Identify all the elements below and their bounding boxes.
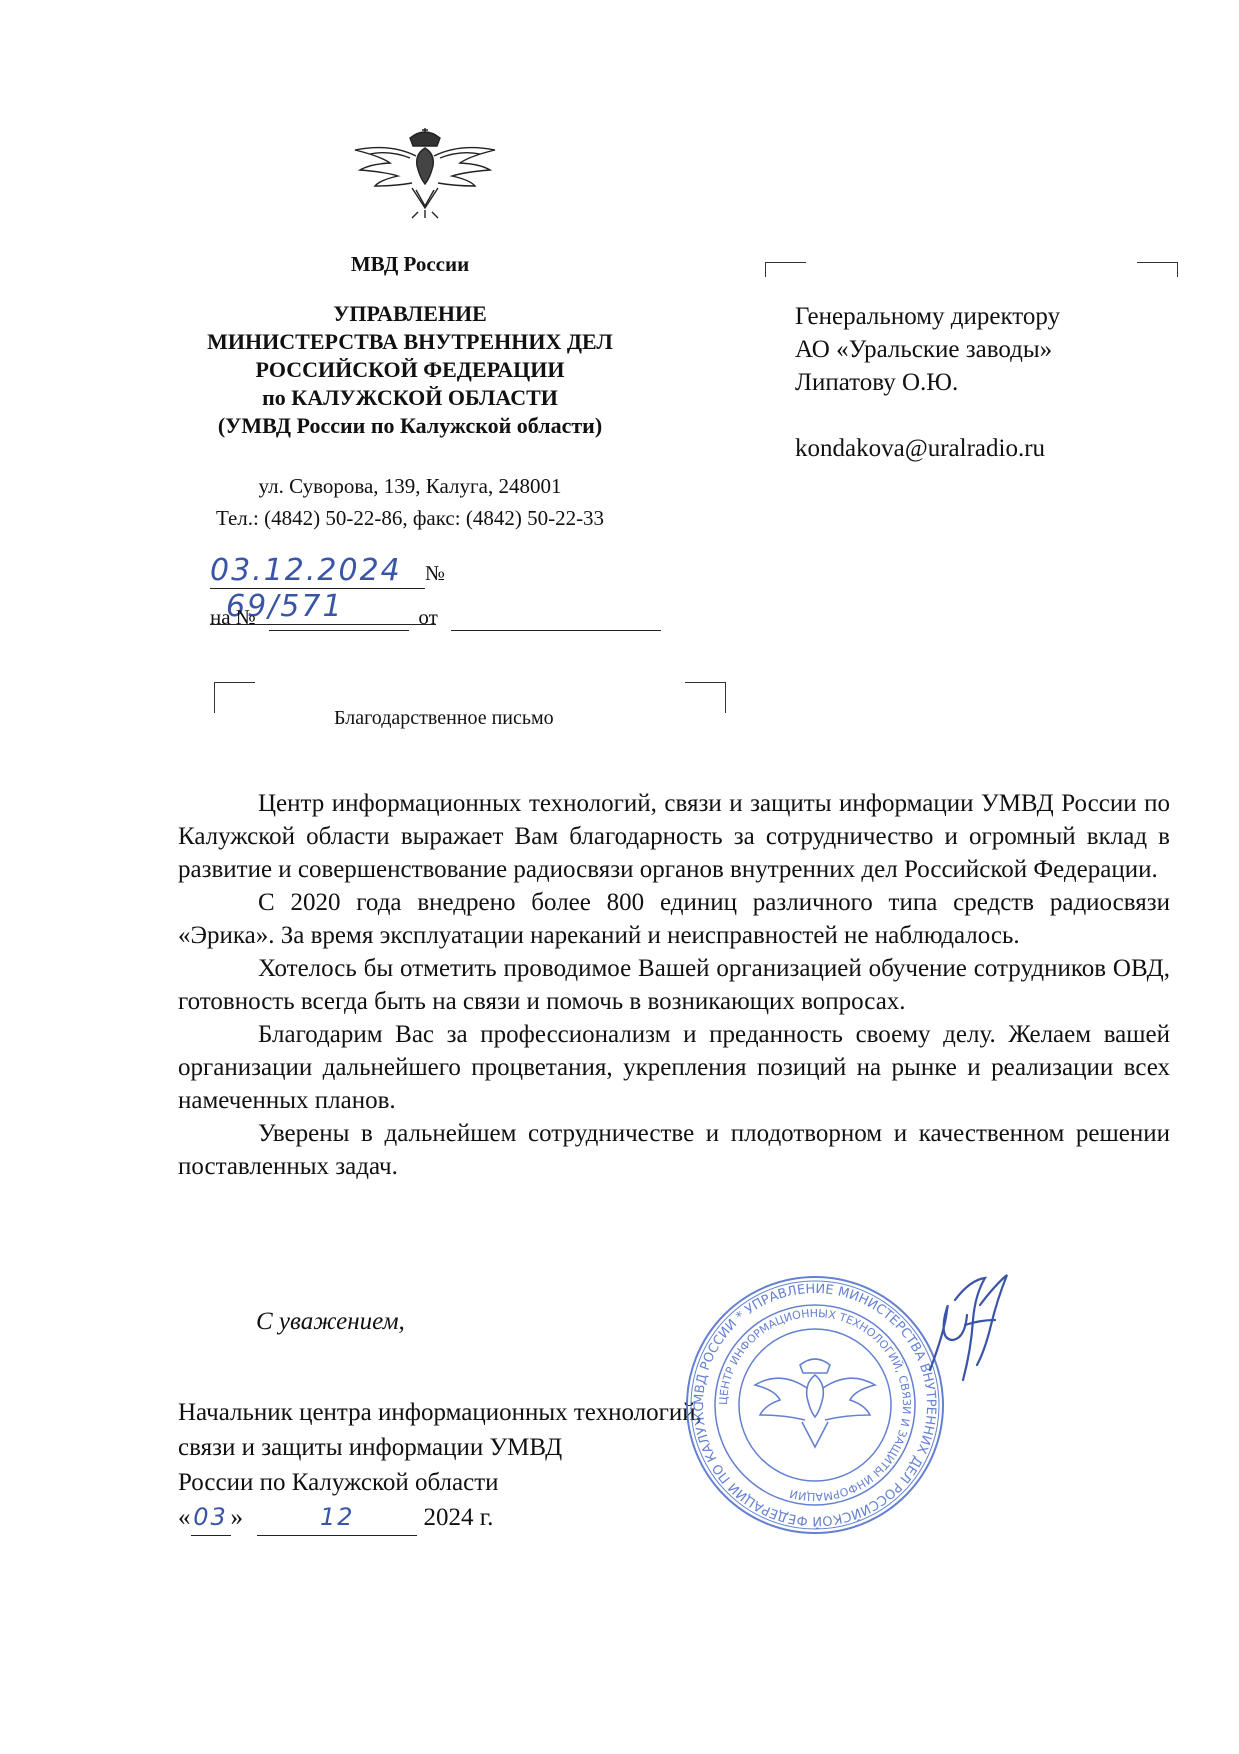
emblem-icon [350, 128, 500, 220]
signature-date-year: 2024 г. [424, 1504, 494, 1531]
org-line: УПРАВЛЕНИЕ [180, 300, 640, 328]
ministry-short-name: МВД России [180, 252, 640, 277]
date-open-quote: « [178, 1504, 191, 1531]
official-stamp-icon: МВД РОССИИ * УПРАВЛЕНИЕ МИНИСТЕРСТВА ВНУ… [680, 1270, 950, 1540]
reference-date-field [451, 605, 661, 631]
signature-date: «03» 12 2024 г. [178, 1500, 702, 1536]
body-paragraph: Уверены в дальнейшем сотрудничестве и пл… [178, 1117, 1170, 1183]
recipient-block: Генеральному директору АО «Уральские зав… [795, 300, 1060, 465]
handwritten-signature-icon [925, 1270, 1015, 1385]
signatory-line: Начальник центра информационных технолог… [178, 1395, 702, 1430]
recipient-corner-right [1137, 262, 1178, 277]
org-line: РОССИЙСКОЙ ФЕДЕРАЦИИ [180, 356, 640, 384]
body-paragraph: С 2020 года внедрено более 800 единиц ра… [178, 886, 1170, 952]
recipient-company: АО «Уральские заводы» [795, 333, 1060, 366]
org-line: МИНИСТЕРСТВА ВНУТРЕННИХ ДЕЛ [180, 328, 640, 356]
signature-date-day: 03 [191, 1500, 231, 1536]
reference-line: на № от [210, 605, 661, 631]
recipient-email: kondakova@uralradio.ru [795, 432, 1060, 465]
signature-block: Начальник центра информационных технолог… [178, 1395, 702, 1536]
body-paragraph: Хотелось бы отметить проводимое Вашей ор… [178, 952, 1170, 1018]
recipient-name: Липатову О.Ю. [795, 366, 1060, 399]
recipient-spacer [795, 399, 1060, 432]
reference-from-label: от [418, 605, 437, 629]
signature-date-month: 12 [257, 1500, 417, 1536]
subject-corner-left [214, 682, 255, 713]
closing-phrase: С уважением, [256, 1308, 405, 1336]
letter-subject: Благодарственное письмо [334, 707, 554, 730]
number-label: № [425, 561, 445, 585]
signatory-line: связи и защиты информации УМВД [178, 1430, 702, 1465]
date-close-quote: » [231, 1504, 244, 1531]
reference-number-label: на № [210, 605, 256, 629]
body-paragraph: Центр информационных технологий, связи и… [178, 787, 1170, 886]
letter-body: Центр информационных технологий, связи и… [178, 787, 1170, 1183]
registration-line: 03.12.2024№69/571 [210, 553, 670, 593]
org-phone-fax: Тел.: (4842) 50-22-86, факс: (4842) 50-2… [180, 502, 640, 534]
org-contacts: ул. Суворова, 139, Калуга, 248001 Тел.: … [180, 470, 640, 534]
recipient-corner-left [765, 262, 806, 277]
subject-corner-right [685, 682, 726, 713]
reference-number-field [269, 605, 409, 631]
svg-text:ЦЕНТР ИНФОРМАЦИОННЫХ ТЕХНОЛОГИ: ЦЕНТР ИНФОРМАЦИОННЫХ ТЕХНОЛОГИЙ, СВЯЗИ И… [717, 1307, 913, 1503]
org-line: по КАЛУЖСКОЙ ОБЛАСТИ [180, 384, 640, 412]
signatory-line: России по Калужской области [178, 1465, 702, 1500]
recipient-title: Генеральному директору [795, 300, 1060, 333]
org-address: ул. Суворова, 139, Калуга, 248001 [180, 470, 640, 502]
org-line: (УМВД России по Калужской области) [180, 412, 640, 440]
organization-name: УПРАВЛЕНИЕ МИНИСТЕРСТВА ВНУТРЕННИХ ДЕЛ Р… [180, 300, 640, 440]
registration-date: 03.12.2024 [210, 553, 425, 589]
body-paragraph: Благодарим Вас за профессионализм и пред… [178, 1018, 1170, 1117]
